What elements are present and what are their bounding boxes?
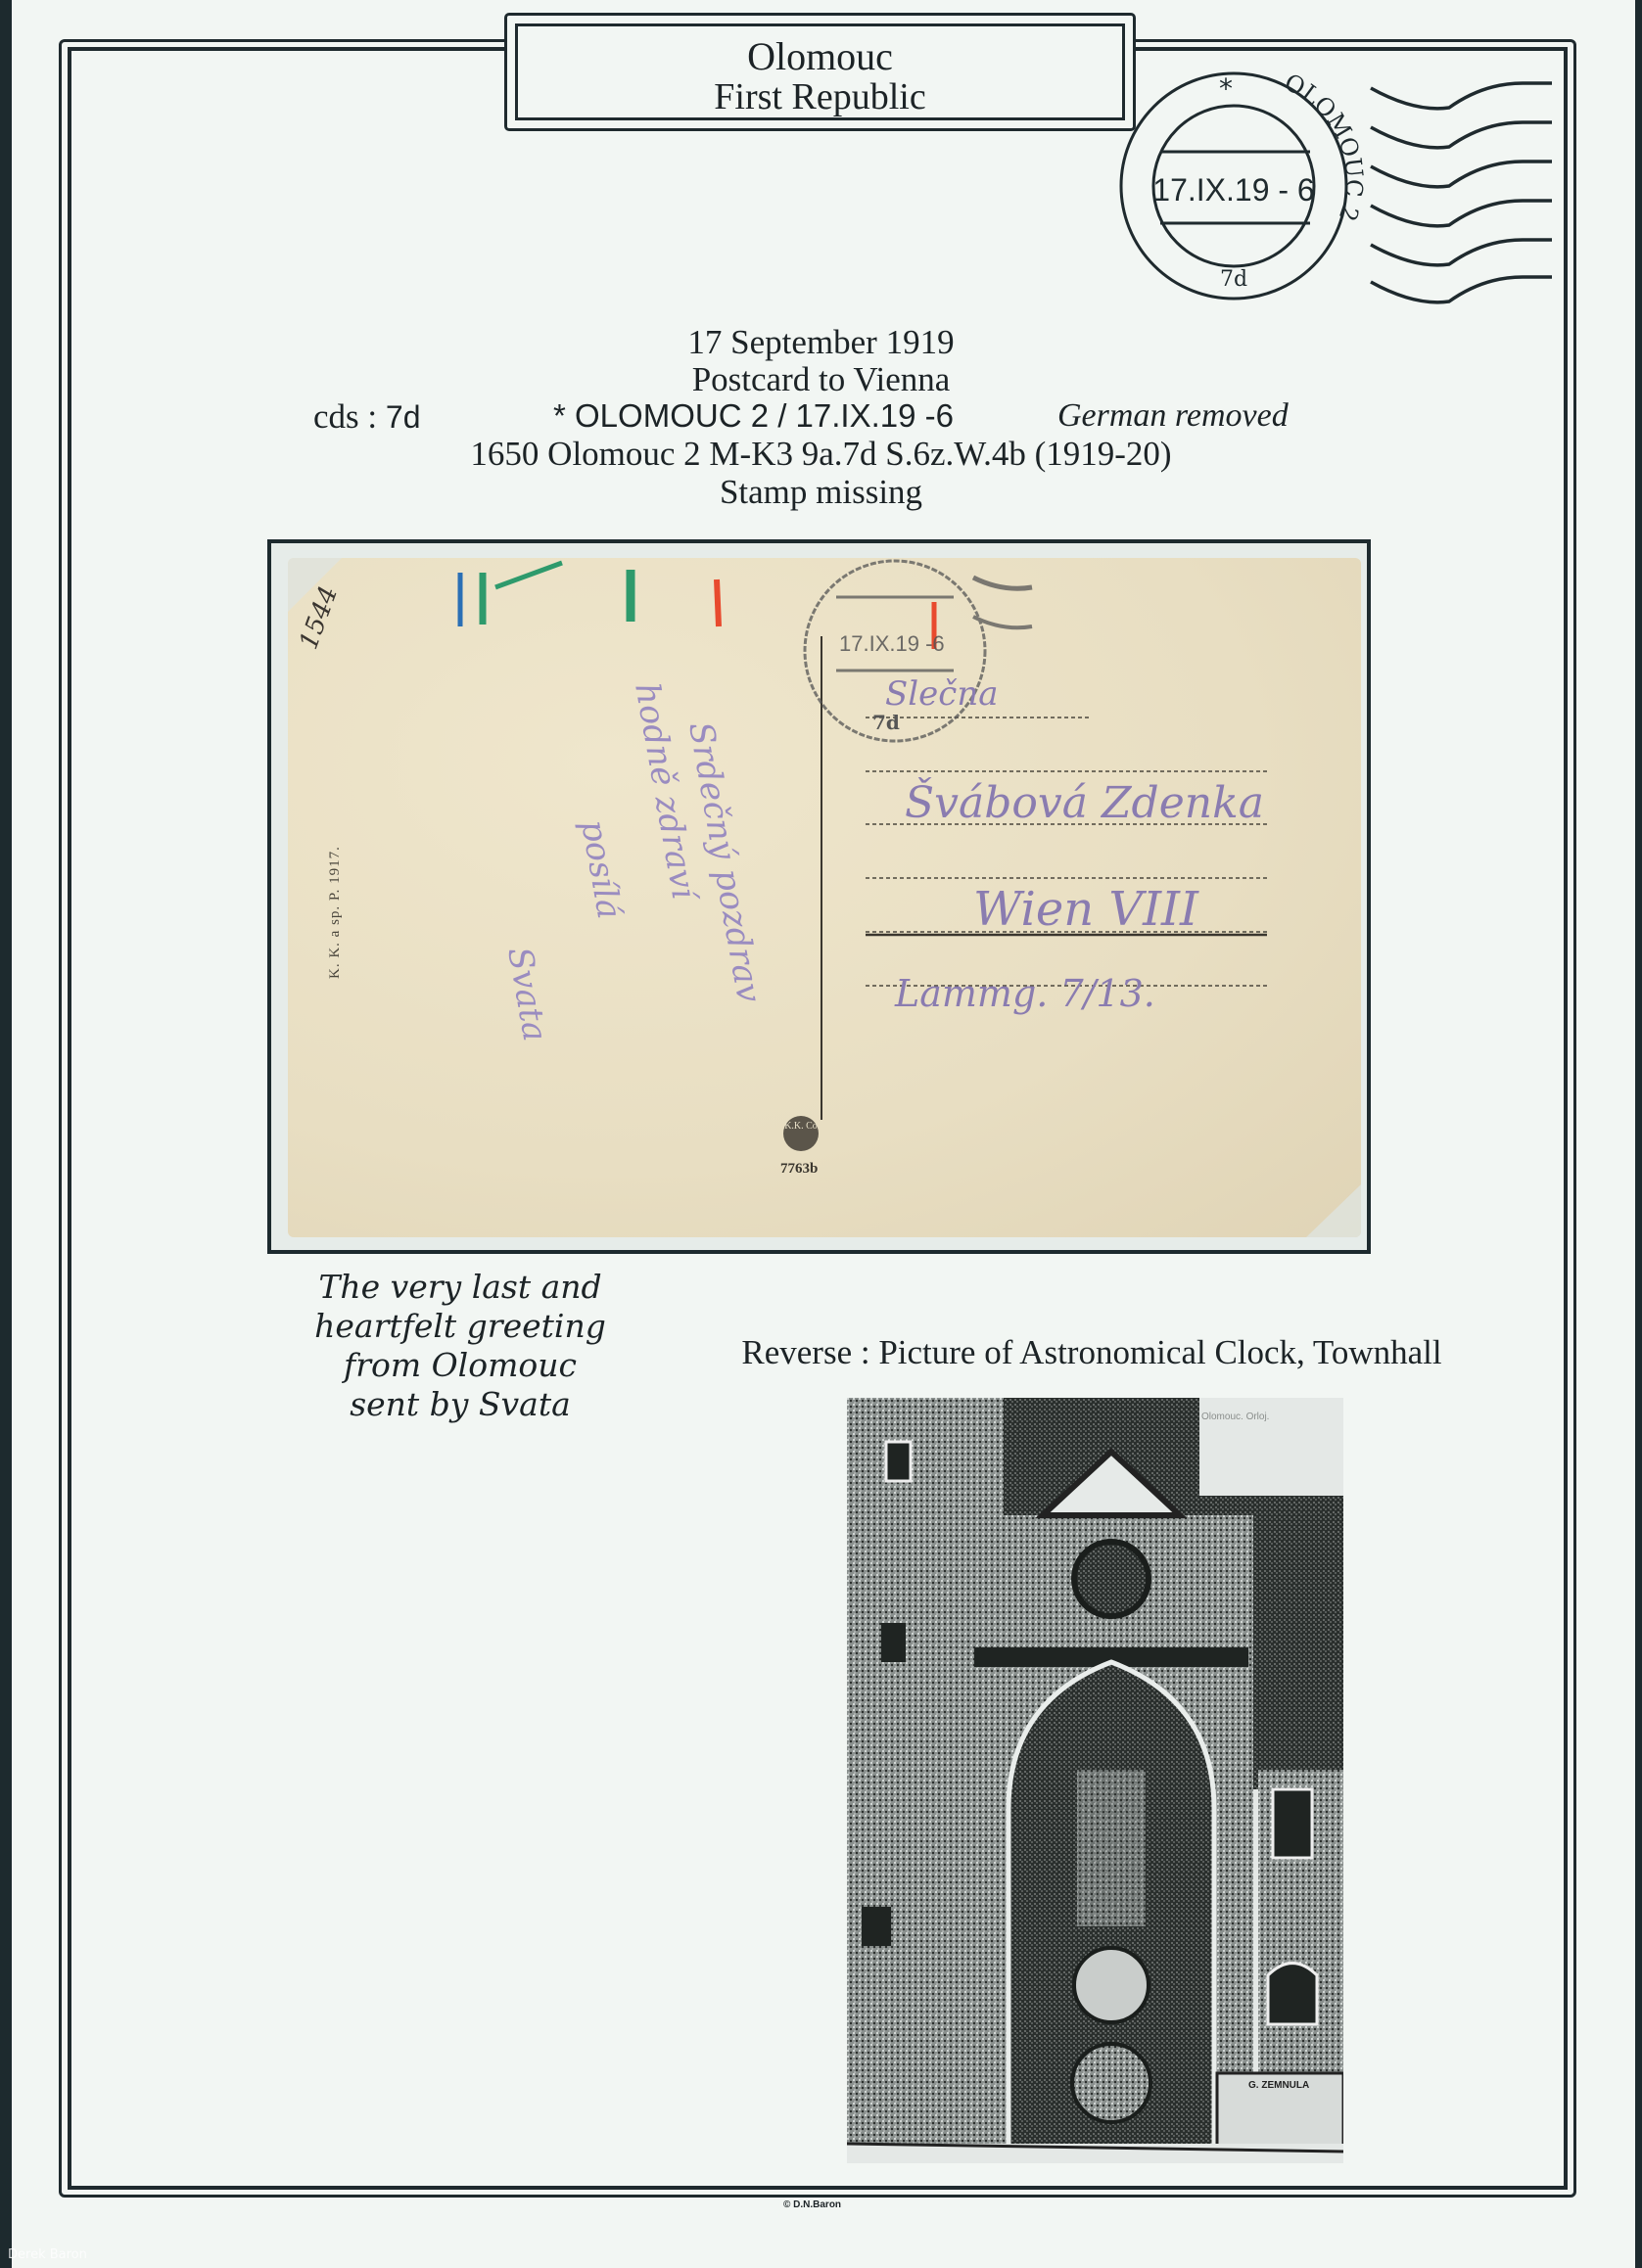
address-line-3: Wien VIII	[973, 882, 1199, 937]
caption-item-type: Postcard to Vienna	[0, 361, 1642, 398]
cds-mark: * OLOMOUC 2 / 17.IX.19 -6	[553, 397, 954, 435]
message-line-3: posílá	[573, 817, 629, 922]
handwritten-note: The very last and heartfelt greeting fro…	[274, 1268, 646, 1424]
note-line: sent by Svata	[274, 1385, 646, 1424]
publisher-logo: K.K. Co	[783, 1116, 819, 1151]
note-line: from Olomouc	[274, 1346, 646, 1385]
astronomical-clock-drawing: G. ZEMNULA Olomouc. Orloj.	[847, 1398, 1343, 2163]
postmark-graphic: 17.IX.19 - 6 * 7d OLOMOUC 2	[1111, 59, 1581, 323]
cds-label: cds : 7d	[313, 397, 420, 437]
reverse-photo: G. ZEMNULA Olomouc. Orloj.	[847, 1398, 1343, 2163]
address-line-4: Lammg. 7/13.	[894, 972, 1155, 1015]
postmark-star: *	[1219, 72, 1233, 105]
message-line-2: hodně zdraví	[627, 680, 704, 906]
reverse-caption: Reverse : Picture of Astronomical Clock,…	[685, 1333, 1498, 1372]
title-box: Olomouc First Republic	[504, 13, 1136, 131]
caption-date: 17 September 1919	[0, 324, 1642, 361]
postcard-drawing: 17.IX.19 -6 7d 1544 Slečna Švábová Zdenk…	[288, 558, 1361, 1237]
caption-catalog: 1650 Olomouc 2 M-K3 9a.7d S.6z.W.4b (191…	[0, 436, 1642, 473]
note-line: heartfelt greeting	[274, 1307, 646, 1346]
copyright: © D.N.Baron	[783, 2199, 841, 2210]
postcard-image: 17.IX.19 -6 7d 1544 Slečna Švábová Zdenk…	[288, 558, 1361, 1237]
card-code: 7763b	[780, 1161, 818, 1178]
address-line-1: Slečna	[885, 674, 999, 714]
postmark-code: 7d	[1220, 267, 1247, 292]
cds-note: German removed	[1057, 397, 1289, 435]
cds-code: 7d	[386, 399, 421, 435]
card-postmark-code: 7d	[872, 711, 900, 734]
page-subtitle: First Republic	[518, 77, 1122, 116]
printer-imprint: K. K. a sp. P. 1917.	[327, 846, 344, 979]
photo-label: Olomouc. Orloj.	[1201, 1412, 1269, 1422]
caption-stamp-status: Stamp missing	[0, 474, 1642, 511]
page-title: Olomouc	[518, 36, 1122, 77]
message-line-4: Svata	[499, 945, 554, 1044]
caption-cds-row: cds : 7d * OLOMOUC 2 / 17.IX.19 -6 Germa…	[0, 397, 1642, 437]
shop-sign: G. ZEMNULA	[1248, 2080, 1309, 2091]
title-box-inner: Olomouc First Republic	[515, 23, 1125, 120]
card-postmark-date: 17.IX.19 -6	[839, 631, 945, 656]
note-line: The very last and	[274, 1268, 646, 1307]
watermark: Derek Baron	[8, 2247, 87, 2262]
postmark-date: 17.IX.19 - 6	[1152, 172, 1314, 208]
address-line-2: Švábová Zdenka	[905, 776, 1264, 828]
postcard-mount: 17.IX.19 -6 7d 1544 Slečna Švábová Zdenk…	[267, 539, 1371, 1254]
